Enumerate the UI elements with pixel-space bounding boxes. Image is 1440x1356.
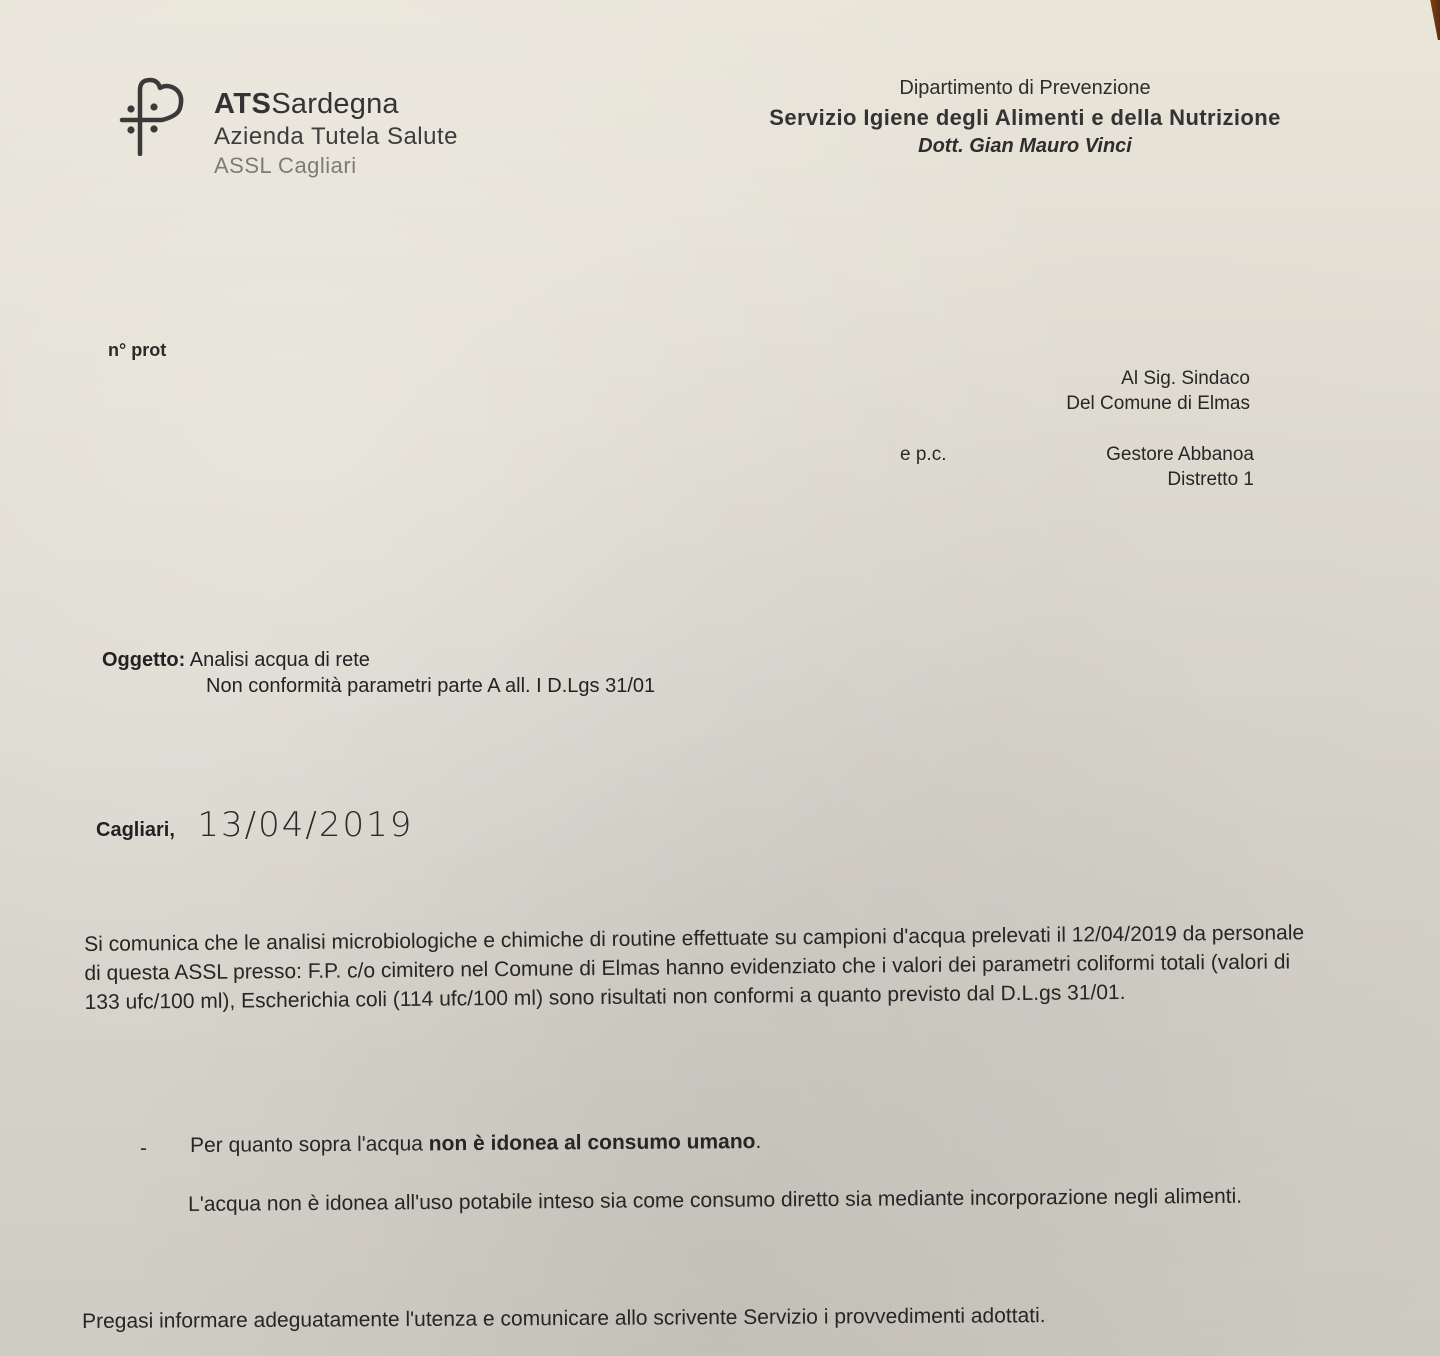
logo-brand-rest: Sardegna: [271, 88, 398, 120]
table-edge: [1426, 0, 1440, 40]
ats-logo-icon: [118, 76, 198, 156]
logo-subtitle-assl: ASSL Cagliari: [214, 153, 458, 178]
handwritten-date: 13/04/2019: [197, 805, 413, 845]
date-line: Cagliari, 13/04/2019: [96, 805, 413, 845]
recipient-line-2: Del Comune di Elmas: [960, 391, 1250, 416]
subject-label: Oggetto:: [102, 649, 185, 671]
director-name: Dott. Gian Mauro Vinci: [710, 132, 1340, 161]
logo-brand: ATSSardegna: [214, 88, 458, 121]
cc-line-2: Distretto 1: [960, 467, 1254, 492]
cc-line-1: Gestore Abbanoa: [960, 442, 1254, 467]
recipient-line-1: Al Sig. Sindaco: [960, 366, 1250, 391]
cc-label: e p.c.: [900, 444, 946, 466]
service-name: Servizio Igiene degli Alimenti e della N…: [710, 103, 1340, 132]
closing-request: Pregasi informare adeguatamente l'utenza…: [82, 1304, 1046, 1334]
recipient-block: Al Sig. Sindaco Del Comune di Elmas: [960, 366, 1250, 416]
subject-block: Oggetto: Analisi acqua di rete Non confo…: [102, 647, 655, 699]
department-name: Dipartimento di Prevenzione: [710, 74, 1340, 103]
body-paragraph: Si comunica che le analisi microbiologic…: [84, 918, 1315, 1017]
logo-text: ATSSardegna Azienda Tutela Salute ASSL C…: [214, 88, 458, 178]
bullet-suffix: .: [755, 1130, 761, 1153]
bullet-paragraph: L'acqua non è idonea all'uso potabile in…: [188, 1181, 1278, 1220]
bullet-prefix: Per quanto sopra l'acqua: [190, 1132, 429, 1157]
letterhead: Dipartimento di Prevenzione Servizio Igi…: [710, 74, 1340, 161]
logo-subtitle: Azienda Tutela Salute: [214, 123, 458, 151]
protocol-number-label: n° prot: [108, 340, 166, 361]
bullet-marker: -: [140, 1137, 147, 1161]
bullet-bold: non è idonea al consumo umano: [429, 1130, 756, 1155]
cc-recipient-block: Gestore Abbanoa Distretto 1: [960, 442, 1254, 492]
subject-line-1: Analisi acqua di rete: [190, 649, 370, 671]
logo-brand-bold: ATS: [214, 88, 271, 120]
bullet-statement: Per quanto sopra l'acqua non è idonea al…: [190, 1130, 761, 1158]
subject-line-2: Non conformità parametri parte A all. I …: [102, 673, 655, 699]
date-place: Cagliari,: [96, 819, 175, 841]
